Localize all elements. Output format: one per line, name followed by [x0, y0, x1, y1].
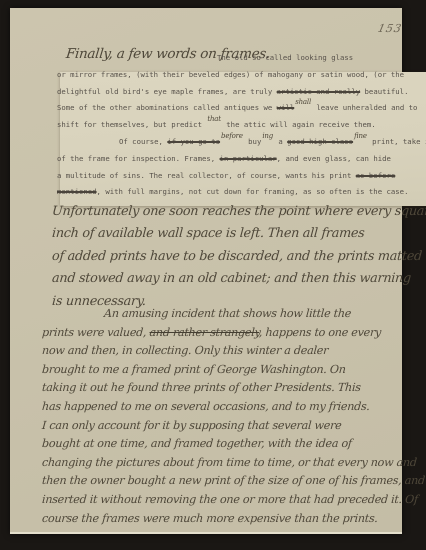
- text-segment: or mirror frames, (with their beveled ed…: [57, 70, 404, 79]
- text-line: and stowed away in an old cabinet; and t…: [51, 268, 401, 290]
- text-segment: of the frame for inspection. Frames,: [57, 154, 220, 163]
- text-line: or mirror frames, (with their beveled ed…: [57, 67, 417, 84]
- text-segment: An amusing incident that shows how littl…: [104, 307, 352, 320]
- struck-text: if you go to: [167, 137, 220, 146]
- text-segment: beautiful.: [360, 87, 408, 96]
- text-line: I can only account for it by supposing t…: [41, 417, 414, 436]
- struck-text: in particular: [220, 154, 277, 163]
- struck-text: good high class: [287, 137, 353, 146]
- text-segment: inch of available wall space is left. Th…: [52, 226, 365, 241]
- text-segment: Unfortunately one soon reaches the point…: [52, 204, 426, 219]
- text-segment: , with full margins, not cut down for fr…: [97, 187, 409, 196]
- text-line: Unfortunately one soon reaches the point…: [51, 201, 401, 223]
- text-line: inch of available wall space is left. Th…: [51, 223, 401, 245]
- text-segment: print, take it out: [368, 137, 426, 146]
- text-line: taking it out he found three prints of o…: [41, 379, 414, 398]
- text-segment: a multitude of sins. The real collector,…: [57, 171, 356, 180]
- handwritten-insertion: shall: [295, 98, 311, 106]
- text-line: The old so-called looking glass: [57, 50, 417, 67]
- text-segment: The old so-called looking glass: [217, 53, 353, 62]
- handwritten-insertion: ing: [262, 132, 273, 140]
- text-segment: Some of the other abominations called an…: [57, 103, 277, 112]
- struck-text: will: [277, 103, 295, 112]
- text-line: Some of the other abominations called an…: [57, 100, 417, 117]
- text-line: of added prints have to be discarded, an…: [51, 246, 401, 268]
- text-line: mentioned, with full margins, not cut do…: [57, 184, 417, 201]
- text-line: of the frame for inspection. Frames, in …: [57, 151, 417, 168]
- scanned-manuscript-screenshot: { "colors": { "backdrop": "#1a1714", "pa…: [0, 0, 426, 550]
- text-line: now and then, in collecting. Only this w…: [41, 342, 414, 361]
- text-line: delightful old bird's eye maple frames, …: [57, 84, 417, 101]
- handwritten-paragraph-2: An amusing incident that shows how littl…: [42, 305, 414, 528]
- handwritten-insertion: that: [207, 115, 221, 123]
- text-line: inserted it without removing the one or …: [41, 491, 414, 510]
- text-line: changing the pictures about from time to…: [41, 454, 414, 473]
- text-line: then the owner bought a new print of the…: [41, 472, 414, 491]
- text-segment: I can only account for it by supposing t…: [42, 419, 342, 432]
- text-segment: of added prints have to be discarded, an…: [52, 249, 423, 264]
- text-segment: and stowed away in an old cabinet; and t…: [52, 271, 412, 286]
- handwritten-paragraph-1: Unfortunately one soon reaches the point…: [52, 201, 400, 313]
- text-segment: has happened to me on several occasions,…: [42, 400, 371, 413]
- text-line: course the frames were much more expensi…: [41, 510, 414, 529]
- text-segment: then the owner bought a new print of the…: [42, 474, 426, 487]
- text-segment: , happens to one every: [259, 326, 382, 339]
- typed-paragraph: The old so-called looking glassor mirror…: [57, 50, 417, 201]
- text-line: Of course, if you go tobefore buying a g…: [57, 134, 417, 151]
- text-segment: shift for themselves, but predict: [57, 120, 206, 129]
- text-segment: leave unheralded and to: [312, 103, 417, 112]
- text-line: An amusing incident that shows how littl…: [41, 305, 414, 324]
- page-number: 153: [377, 22, 404, 35]
- text-segment: course the frames were much more expensi…: [42, 512, 379, 525]
- struck-text: artistic and really: [277, 87, 360, 96]
- text-line: has happened to me on several occasions,…: [41, 398, 414, 417]
- text-segment: changing the pictures about from time to…: [42, 456, 418, 469]
- text-segment: Of course,: [119, 137, 167, 146]
- text-line: bought at one time, and framed together,…: [41, 435, 414, 454]
- text-segment: brought to me a framed print of George W…: [42, 363, 347, 376]
- struck-text: mentioned: [57, 187, 97, 196]
- text-segment: , and even glass, can hide: [277, 154, 391, 163]
- text-segment: now and then, in collecting. Only this w…: [42, 344, 329, 357]
- text-line: brought to me a framed print of George W…: [41, 361, 414, 380]
- text-segment: bought at one time, and framed together,…: [42, 437, 353, 450]
- text-segment: a: [274, 137, 287, 146]
- text-line: prints were valued, and rather strangely…: [41, 324, 414, 343]
- text-segment: buy: [244, 137, 262, 146]
- text-segment: the attic will again receive them.: [222, 120, 376, 129]
- text-line: a multitude of sins. The real collector,…: [57, 168, 417, 185]
- handwritten-insertion: fine: [354, 132, 367, 140]
- handwritten-insertion: before: [221, 132, 243, 140]
- text-segment: delightful old bird's eye maple frames, …: [57, 87, 277, 96]
- struck-text: as before: [356, 171, 396, 180]
- text-segment: prints were valued,: [42, 326, 150, 339]
- struck-text: and rather strangely: [149, 326, 259, 339]
- text-segment: inserted it without removing the one or …: [42, 493, 419, 506]
- text-segment: taking it out he found three prints of o…: [42, 381, 362, 394]
